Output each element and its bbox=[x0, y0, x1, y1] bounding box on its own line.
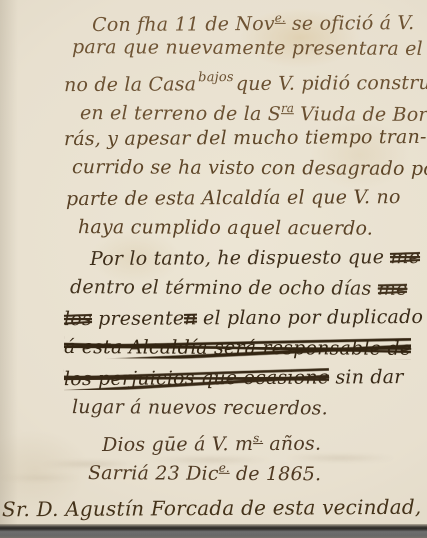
letter-text: se ofició á V. bbox=[286, 12, 415, 35]
letter-text: currido se ha visto con desagrado por bbox=[72, 156, 427, 180]
letter-text: ra bbox=[281, 101, 294, 115]
letter-text: en el terreno de la S bbox=[80, 102, 281, 125]
letter-line-12: á esta Alcaldía será responsable de bbox=[64, 332, 427, 364]
letter-text: presente bbox=[92, 307, 185, 330]
letter-text: sin dar bbox=[329, 366, 403, 388]
letter-line-6: currido se ha visto con desagrado por bbox=[72, 152, 427, 184]
letter-text: el plano por duplicado bbox=[197, 306, 423, 329]
letter-line-2: para que nuevamente presentara el pla- bbox=[72, 32, 427, 64]
letter-text: e. bbox=[219, 461, 230, 475]
letter-line-13: los perjuicios que ocasione sin dar bbox=[64, 362, 427, 394]
struck-text: los bbox=[64, 308, 92, 330]
letter-text: de 1865. bbox=[230, 463, 322, 485]
letter-text: Sarriá 23 Dic bbox=[88, 462, 219, 485]
letter-line-14: lugar á nuevos recuerdos. bbox=[72, 392, 427, 424]
letter-line-11: los presenten el plano por duplicado bbox=[64, 302, 427, 334]
letter-line-9: Por lo tanto, he dispuesto que me bbox=[90, 242, 427, 274]
struck-text: me bbox=[390, 246, 420, 268]
letter-text: lugar á nuevos recuerdos. bbox=[72, 396, 328, 419]
letter-text: Sr. D. Agustín Forcada de esta vecindad, bbox=[2, 495, 422, 522]
letter-text: s. bbox=[253, 431, 263, 445]
struck-text: me bbox=[378, 278, 408, 300]
scan-edge bbox=[0, 524, 427, 538]
letter-text: para que nuevamente presentara el pla- bbox=[72, 36, 427, 60]
struck-text: á esta Alcaldía será responsable de bbox=[64, 336, 411, 360]
letter-line-4: en el terreno de la Sra Viuda de Bor- bbox=[80, 92, 427, 124]
letter-text: dentro el término de ocho días bbox=[70, 276, 378, 300]
letter-line-17: Sr. D. Agustín Forcada de esta vecindad, bbox=[2, 492, 427, 525]
letter-line-5: rás, y apesar del mucho tiempo tran- bbox=[64, 122, 427, 154]
letter-text: años. bbox=[263, 433, 321, 455]
letter-text: rás, y apesar del mucho tiempo tran- bbox=[64, 126, 427, 150]
letter-text: Por lo tanto, he dispuesto que bbox=[90, 246, 391, 270]
letter-line-1: Con fha 11 de Nove. se ofició á V. bbox=[92, 2, 427, 34]
letter-line-10: dentro el término de ocho días me bbox=[70, 272, 427, 304]
letter-line-7: parte de esta Alcaldía el que V. no bbox=[66, 182, 427, 214]
letter-text: que V. pidió construir bbox=[236, 72, 427, 95]
letter-text: e. bbox=[275, 11, 286, 25]
letter-line-3: no de la Casabajosque V. pidió construir bbox=[64, 62, 427, 94]
letter-page: Con fha 11 de Nove. se ofició á V.para q… bbox=[0, 0, 427, 538]
inserted-word: bajos bbox=[198, 70, 234, 85]
struck-text: n bbox=[184, 307, 197, 329]
letter-text: parte de esta Alcaldía el que V. no bbox=[66, 186, 401, 210]
letter-line-16: Sarriá 23 Dice. de 1865. bbox=[88, 452, 427, 484]
letter-line-8: haya cumplido aquel acuerdo. bbox=[78, 212, 427, 244]
letter-line-15: Dios gūe á V. ms. años. bbox=[102, 422, 427, 454]
struck-text: los perjuicios que ocasione bbox=[64, 366, 329, 390]
letter-body: Con fha 11 de Nove. se ofició á V.para q… bbox=[0, 3, 427, 523]
letter-text: haya cumplido aquel acuerdo. bbox=[78, 216, 373, 240]
